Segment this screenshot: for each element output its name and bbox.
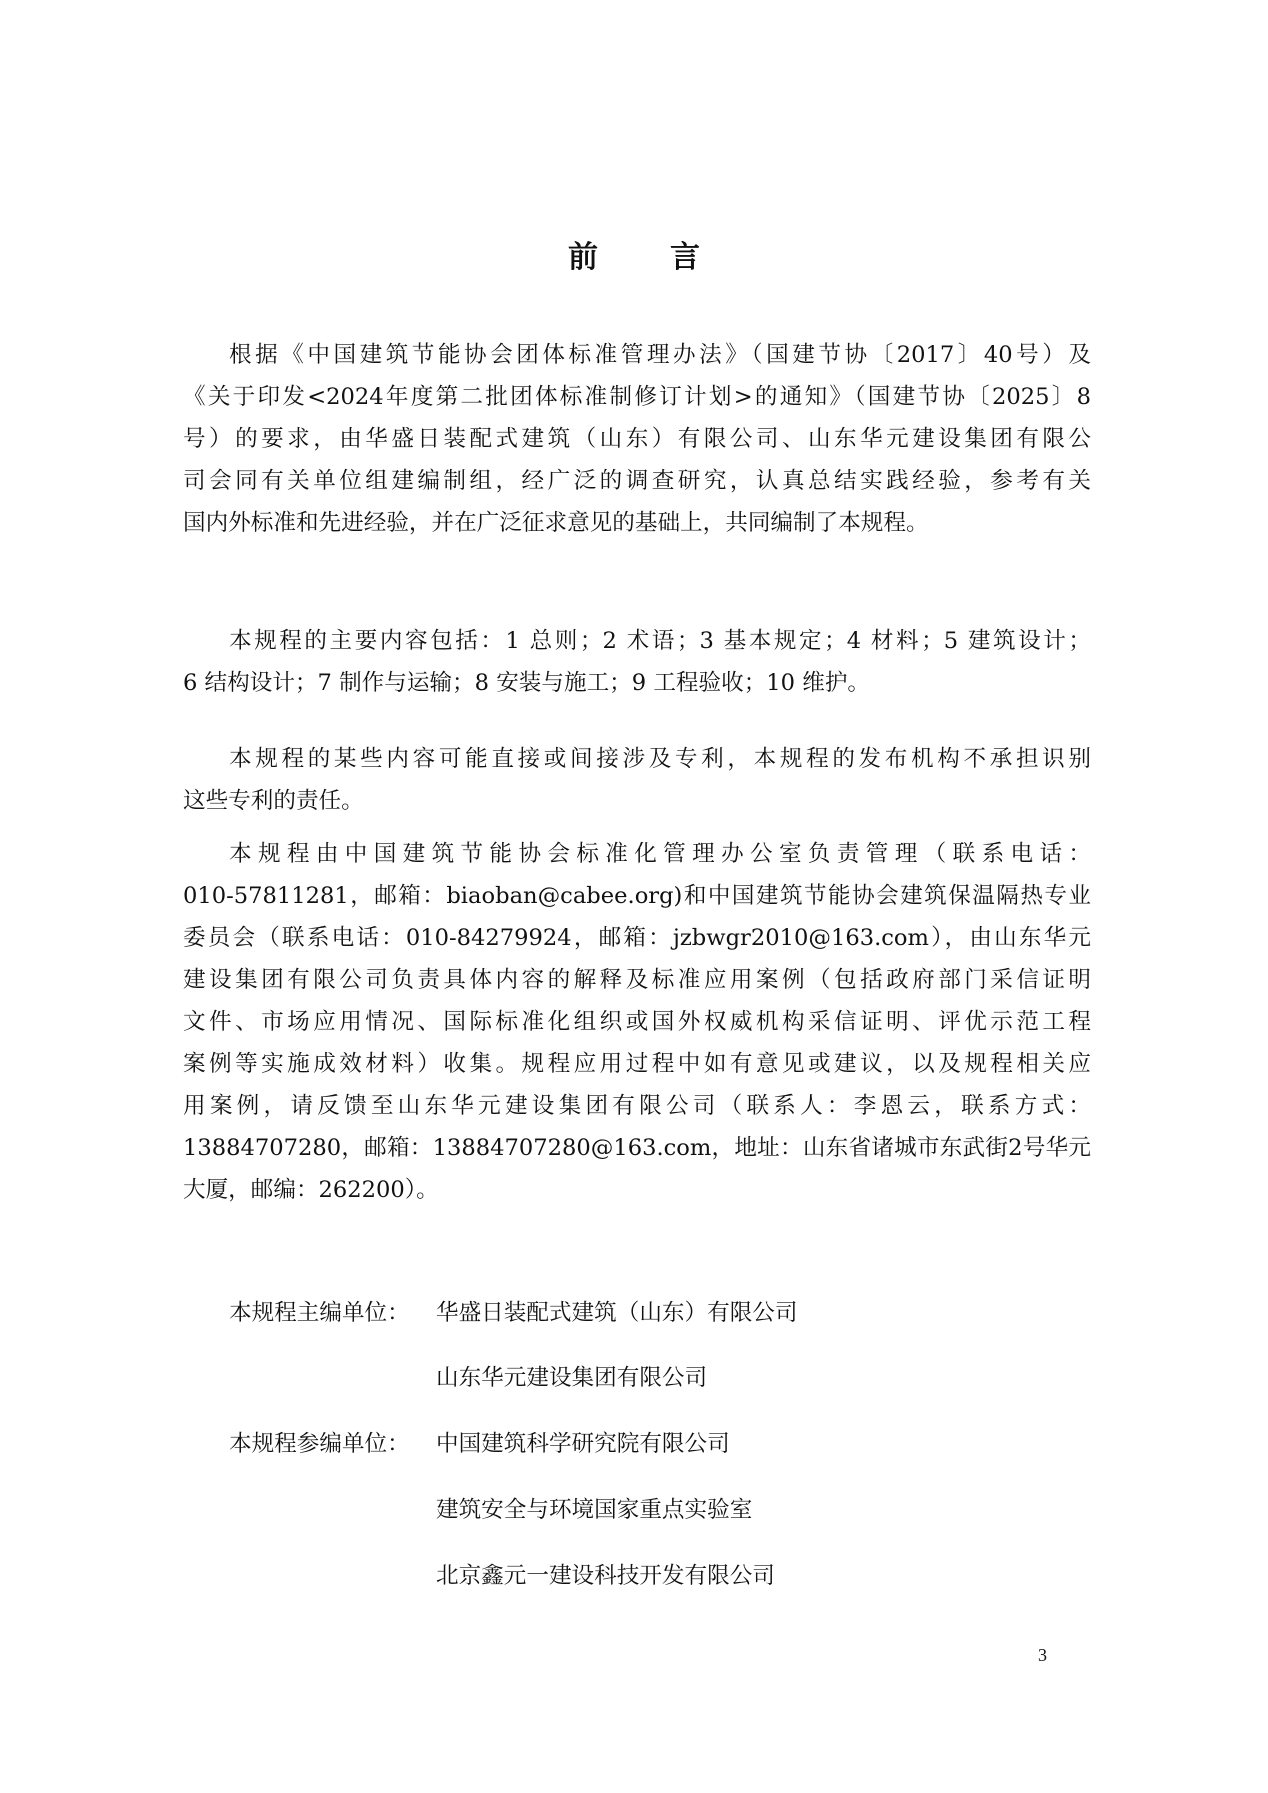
text-line: 根据《中国建筑节能协会团体标准管理办法》（国建节协〔2017〕40号）及	[183, 334, 1091, 376]
text-line: 用案例，请反馈至山东华元建设集团有限公司（联系人：李恩云，联系方式：	[183, 1085, 1091, 1127]
participating-unit-3: 北京鑫元一建设科技开发有限公司	[436, 1555, 775, 1597]
text-line: 13884707280，邮箱：13884707280@163.com，地址：山东…	[183, 1127, 1091, 1169]
title-char-1: 前	[568, 232, 598, 276]
text-line: 委员会（联系电话：010-84279924，邮箱：jzbwgr2010@163.…	[183, 917, 1091, 959]
text-line: 《关于印发<2024年度第二批团体标准制修订计划>的通知》（国建节协〔2025〕…	[183, 376, 1091, 418]
text-line: 建设集团有限公司负责具体内容的解释及标准应用案例（包括政府部门采信证明	[183, 959, 1091, 1001]
text-line: 本规程由中国建筑节能协会标准化管理办公室负责管理（联系电话：	[183, 833, 1091, 875]
participating-unit-1: 中国建筑科学研究院有限公司	[436, 1423, 730, 1465]
text-line: 010-57811281，邮箱：biaoban@cabee.org)和中国建筑节…	[183, 875, 1091, 917]
paragraph-management: 本规程由中国建筑节能协会标准化管理办公室负责管理（联系电话： 010-57811…	[183, 833, 1091, 1211]
text-line: 本规程的某些内容可能直接或间接涉及专利，本规程的发布机构不承担识别	[183, 738, 1091, 780]
paragraph-contents: 本规程的主要内容包括：1 总则；2 术语；3 基本规定；4 材料；5 建筑设计；…	[183, 620, 1091, 704]
chief-unit-2: 山东华元建设集团有限公司	[436, 1357, 707, 1399]
text-line: 国内外标准和先进经验，并在广泛征求意见的基础上，共同编制了本规程。	[183, 502, 1091, 544]
text-line: 6 结构设计；7 制作与运输；8 安装与施工；9 工程验收；10 维护。	[183, 662, 1091, 704]
page-number: 3	[1038, 1645, 1047, 1666]
participating-units-label: 本规程参编单位：	[229, 1423, 410, 1465]
chief-units-label: 本规程主编单位：	[229, 1292, 410, 1334]
participating-unit-2: 建筑安全与环境国家重点实验室	[436, 1489, 752, 1531]
text-line: 司会同有关单位组建编制组，经广泛的调查研究，认真总结实践经验，参考有关	[183, 460, 1091, 502]
text-line: 案例等实施成效材料）收集。规程应用过程中如有意见或建议，以及规程相关应	[183, 1043, 1091, 1085]
document-page: 前言 根据《中国建筑节能协会团体标准管理办法》（国建节协〔2017〕40号）及 …	[0, 0, 1268, 1793]
paragraph-patent: 本规程的某些内容可能直接或间接涉及专利，本规程的发布机构不承担识别 这些专利的责…	[183, 738, 1091, 822]
text-line: 大厦，邮编：262200）。	[183, 1169, 1091, 1211]
paragraph-basis: 根据《中国建筑节能协会团体标准管理办法》（国建节协〔2017〕40号）及 《关于…	[183, 334, 1091, 544]
chief-unit-1: 华盛日装配式建筑（山东）有限公司	[436, 1292, 798, 1334]
text-line: 文件、市场应用情况、国际标准化组织或国外权威机构采信证明、评优示范工程	[183, 1001, 1091, 1043]
title-char-2: 言	[670, 232, 700, 276]
text-line: 本规程的主要内容包括：1 总则；2 术语；3 基本规定；4 材料；5 建筑设计；	[183, 620, 1091, 662]
text-line: 号）的要求，由华盛日装配式建筑（山东）有限公司、山东华元建设集团有限公	[183, 418, 1091, 460]
text-line: 这些专利的责任。	[183, 780, 1091, 822]
page-title: 前言	[0, 232, 1268, 276]
